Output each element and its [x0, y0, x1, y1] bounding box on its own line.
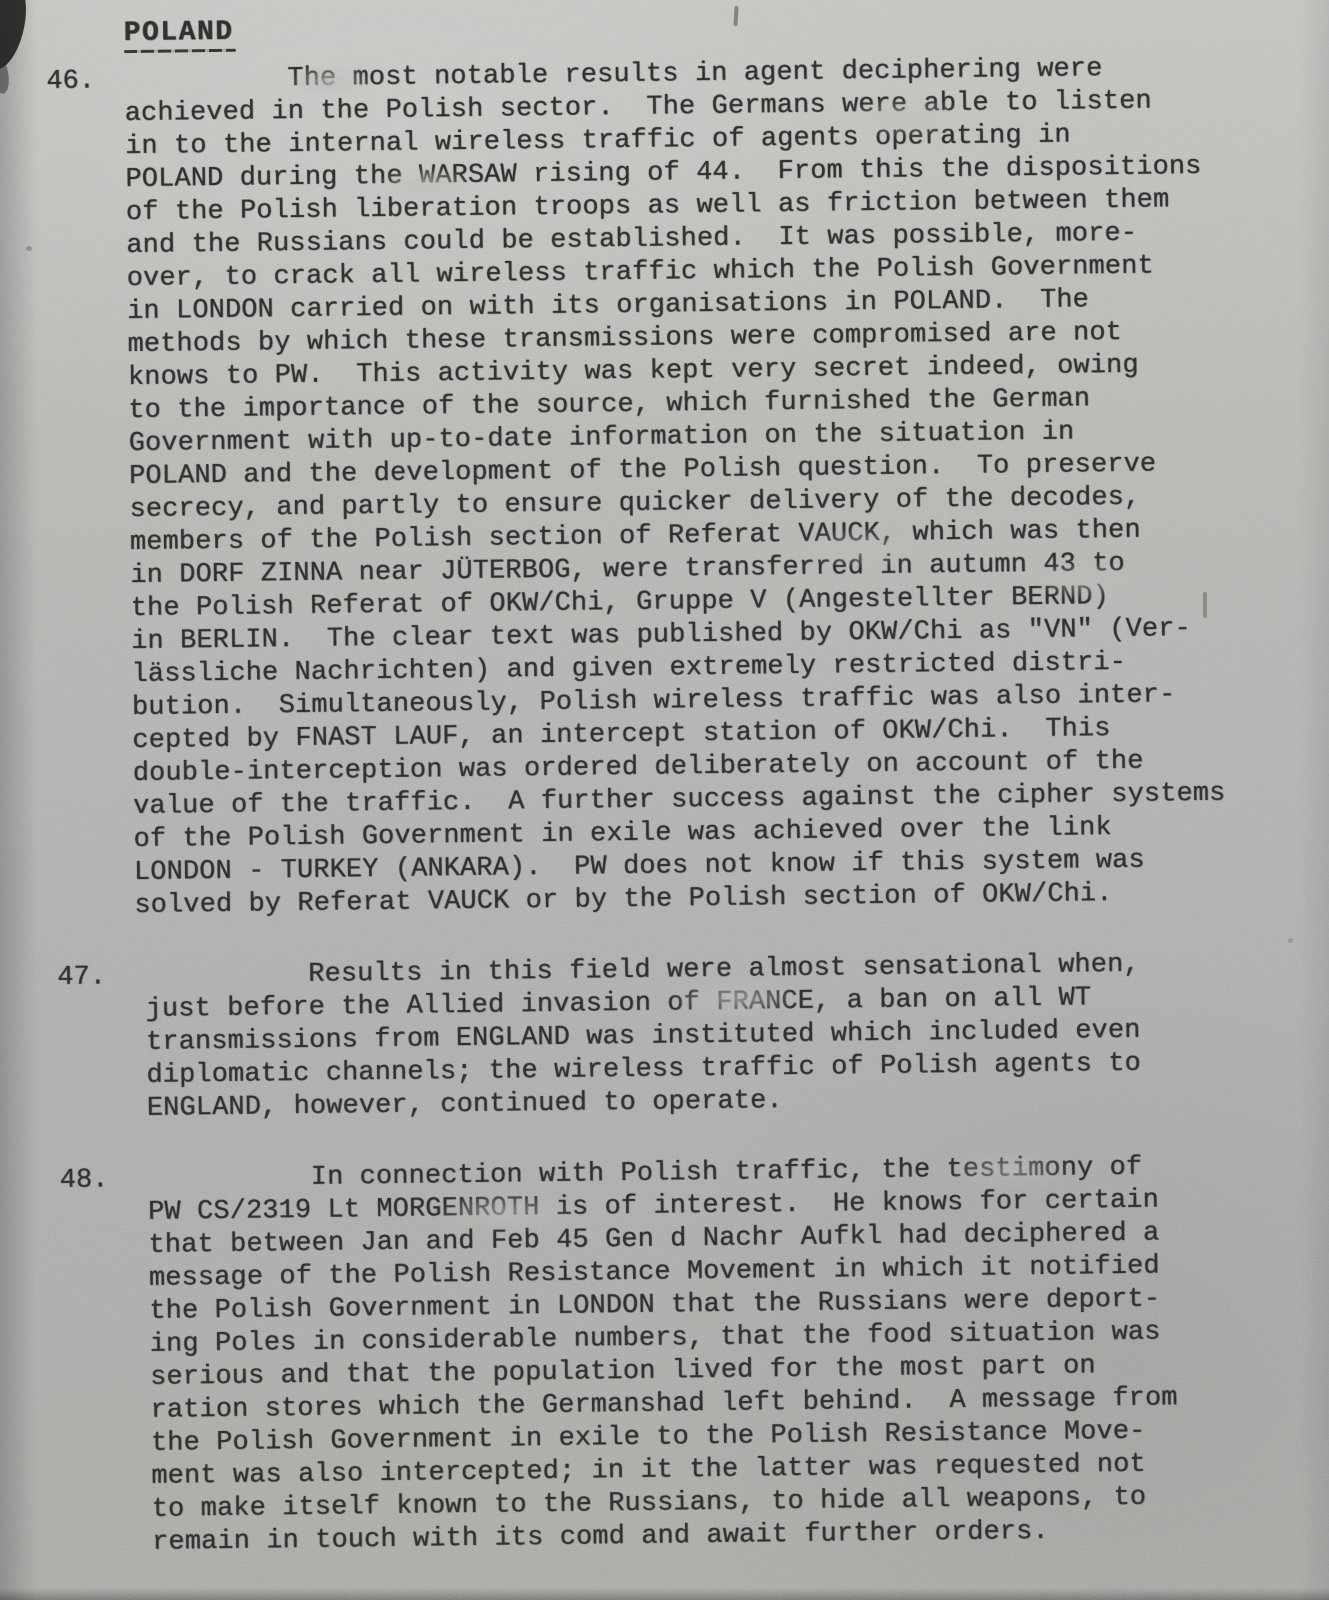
scan-speck-left [26, 246, 32, 251]
section-heading: POLAND [124, 5, 1296, 53]
scan-corner-blotch-secondary [0, 51, 12, 96]
paragraph-number: 47. [57, 961, 135, 995]
paragraph-text: In connection with Polish traffic, the t… [138, 1151, 1180, 1560]
paragraph-text: Results in this field were almost sensat… [135, 949, 1141, 1126]
title-underline [124, 49, 236, 53]
paragraph-text: The most notable results in agent deciph… [124, 52, 1227, 923]
paragraph-46: 46. The most notable results in agent de… [46, 51, 1306, 924]
scan-corner-blotch [0, 0, 34, 73]
document-content: POLAND 46. The most notable results in a… [46, 5, 1315, 1561]
paragraph-number: 46. [46, 65, 124, 99]
page-title: POLAND [124, 18, 234, 49]
scanned-document-page: POLAND 46. The most notable results in a… [0, 0, 1329, 1600]
paragraph-48: 48. In connection with Polish traffic, t… [60, 1150, 1315, 1561]
paragraph-number: 48. [60, 1164, 138, 1198]
paragraph-47: 47. Results in this field were almost se… [57, 947, 1309, 1127]
